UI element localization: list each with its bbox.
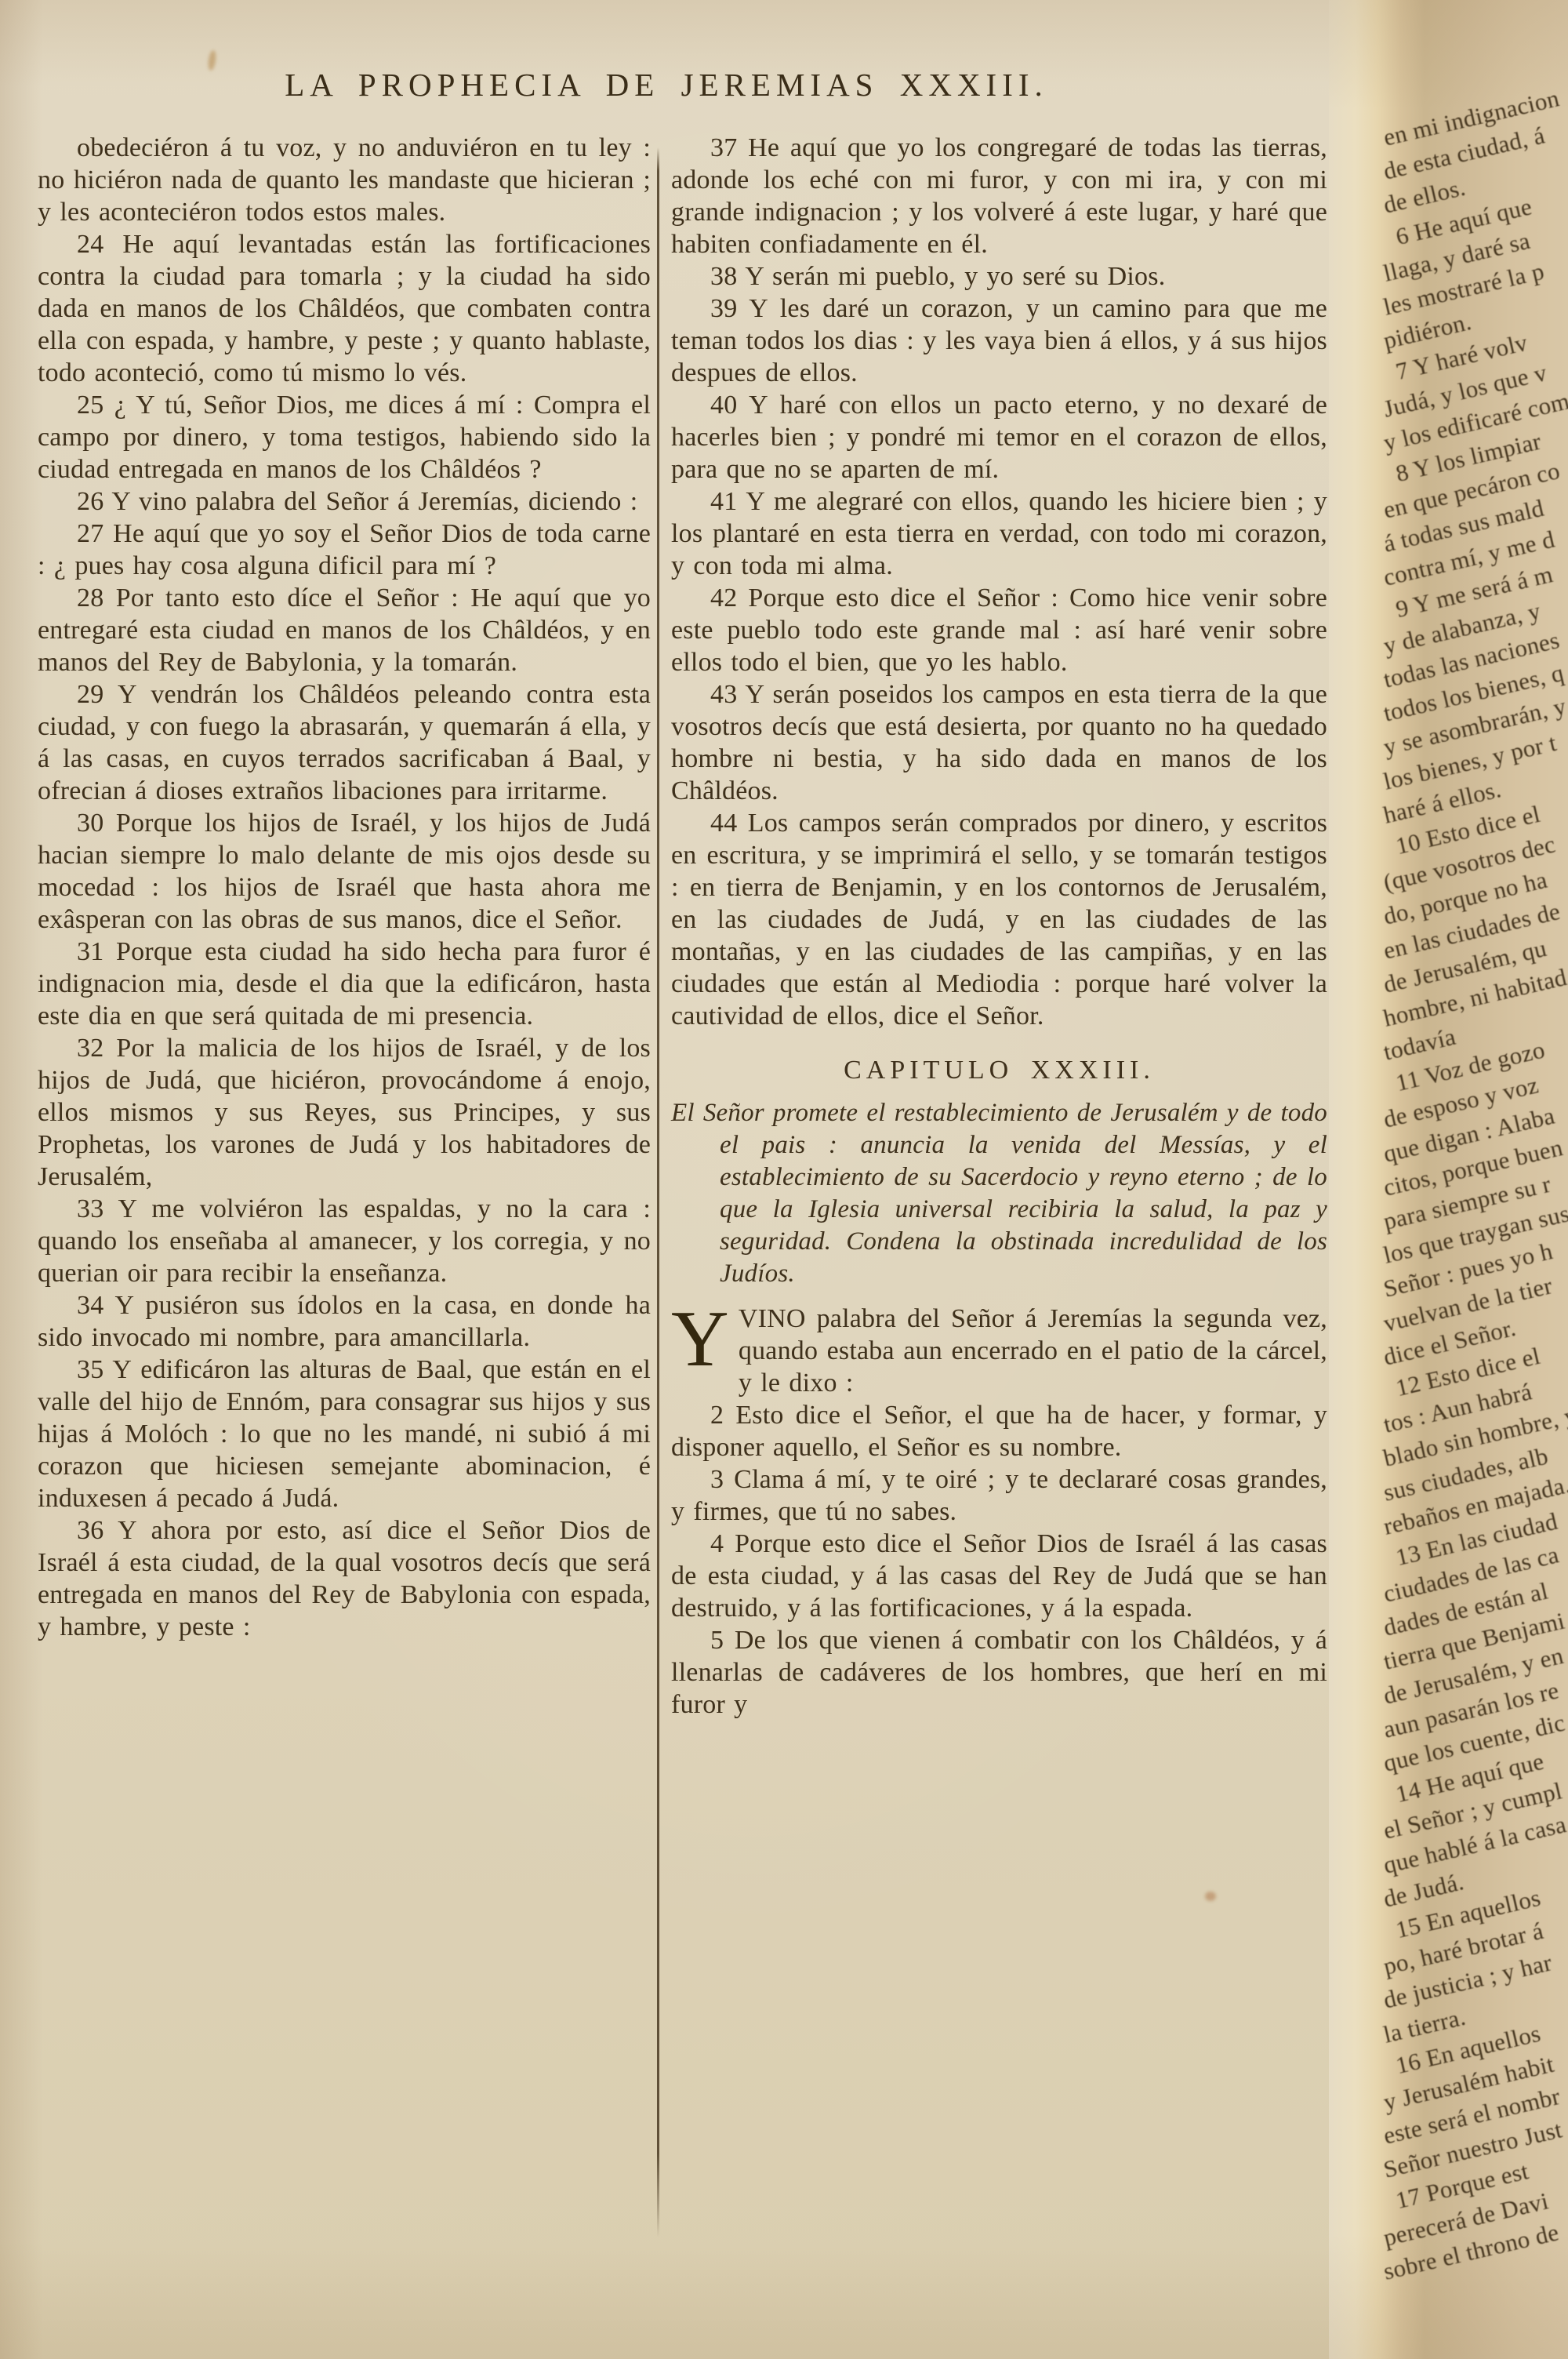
verse-paragraph: 36 Y ahora por esto, así dice el Señor D… [38, 1514, 651, 1643]
edge-page-column: en mi indignacionde esta ciudad, áde ell… [1385, 124, 1568, 2292]
verse-paragraph: 38 Y serán mi pueblo, y yo seré su Dios. [671, 260, 1327, 293]
verse-paragraph: 26 Y vino palabra del Señor á Jeremías, … [38, 485, 651, 518]
verse-paragraph: 30 Porque los hijos de Israél, y los hij… [38, 807, 651, 936]
verse-paragraph: 4 Porque esto dice el Señor Dios de Isra… [671, 1528, 1327, 1624]
verse-paragraph: 24 He aquí levantadas están las fortific… [38, 228, 651, 389]
book-scan-page: LA PROPHECIA DE JEREMIAS XXXIII. obedeci… [0, 0, 1568, 2359]
chapter-summary: El Señor promete el restablecimiento de … [671, 1097, 1327, 1290]
right-column-verses: 37 He aquí que yo los congregaré de toda… [671, 132, 1327, 1032]
chapter-first-verse-text: VINO palabra del Señor á Jeremías la seg… [739, 1304, 1327, 1398]
verse-paragraph: 25 ¿ Y tú, Señor Dios, me dices á mí : C… [38, 389, 651, 485]
verse-paragraph: 40 Y haré con ellos un pacto eterno, y n… [671, 389, 1327, 485]
right-column: 37 He aquí que yo los congregaré de toda… [671, 132, 1327, 1721]
verse-paragraph: 44 Los campos serán comprados por dinero… [671, 807, 1327, 1032]
verse-paragraph: 3 Clama á mí, y te oiré ; y te declararé… [671, 1463, 1327, 1528]
verse-paragraph: 39 Y les daré un corazon, y un camino pa… [671, 293, 1327, 389]
verse-paragraph: 2 Esto dice el Señor, el que ha de hacer… [671, 1399, 1327, 1463]
verse-paragraph: 42 Porque esto dice el Señor : Como hice… [671, 582, 1327, 678]
verse-paragraph: 27 He aquí que yo soy el Señor Dios de t… [38, 518, 651, 582]
chapter-first-verse: Y VINO palabra del Señor á Jeremías la s… [671, 1303, 1327, 1399]
drop-cap-letter: Y [671, 1303, 739, 1372]
left-column: obedeciéron á tu voz, y no anduviéron en… [38, 132, 651, 1643]
page-title: LA PROPHECIA DE JEREMIAS XXXIII. [0, 66, 1333, 104]
verse-paragraph: 29 Y vendrán los Châldéos peleando contr… [38, 678, 651, 807]
page-stain [1205, 1892, 1216, 1901]
verse-paragraph: 5 De los que vienen á combatir con los C… [671, 1624, 1327, 1721]
curled-page-gutter: en mi indignacionde esta ciudad, áde ell… [1329, 0, 1568, 2359]
verse-paragraph: 35 Y edificáron las alturas de Baal, que… [38, 1354, 651, 1514]
verse-paragraph: obedeciéron á tu voz, y no anduviéron en… [38, 132, 651, 228]
verse-paragraph: 34 Y pusiéron sus ídolos en la casa, en … [38, 1289, 651, 1354]
verse-paragraph: 28 Por tanto esto díce el Señor : He aqu… [38, 582, 651, 678]
chapter-heading: CAPITULO XXXIII. [671, 1054, 1327, 1086]
verse-paragraph: 31 Porque esta ciudad ha sido hecha para… [38, 936, 651, 1032]
column-divider-rule [657, 147, 659, 2237]
verse-paragraph: 41 Y me alegraré con ellos, quando les h… [671, 485, 1327, 582]
verse-paragraph: 37 He aquí que yo los congregaré de toda… [671, 132, 1327, 260]
chapter-verses: 2 Esto dice el Señor, el que ha de hacer… [671, 1399, 1327, 1721]
verse-paragraph: 43 Y serán poseidos los campos en esta t… [671, 678, 1327, 807]
verse-paragraph: 33 Y me volviéron las espaldas, y no la … [38, 1193, 651, 1289]
verse-paragraph: 32 Por la malicia de los hijos de Israél… [38, 1032, 651, 1193]
